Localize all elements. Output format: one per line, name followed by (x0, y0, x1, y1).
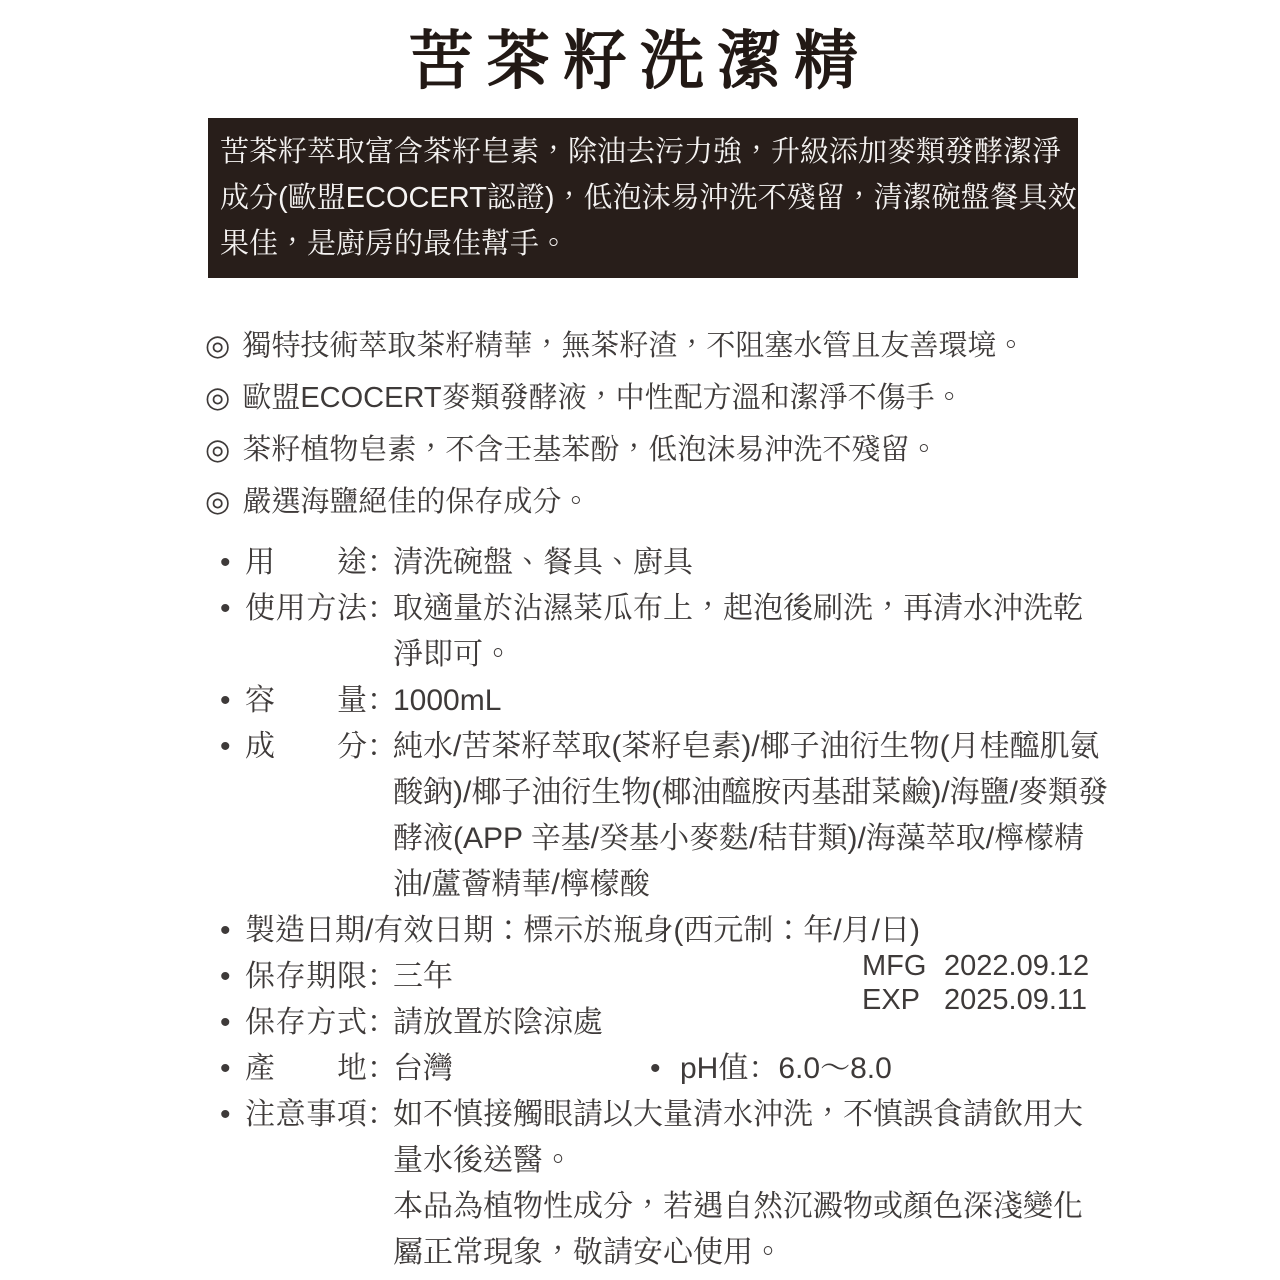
ph-label: pH值 (680, 1046, 748, 1092)
mfg-value: 2022.09.12 (944, 950, 1089, 982)
mfg-date: MFG2022.09.12 (862, 949, 1089, 983)
spec-colon: ： (367, 1000, 393, 1046)
feature-item: ◎歐盟ECOCERT麥類發酵液，中性配方溫和潔淨不傷手。 (205, 372, 1085, 424)
spec-colon: ： (367, 586, 393, 632)
bullet-icon: • (220, 954, 245, 1000)
spec-label: 成分 (245, 724, 367, 770)
spec-row-origin: • 產地 ： 台灣 • pH值 ： 6.0～8.0 (220, 1046, 1088, 1092)
spec-value: 清洗碗盤、餐具、廚具 (393, 540, 1088, 586)
bullet-icon: • (220, 724, 245, 770)
spec-label: 產地 (245, 1046, 367, 1092)
bullet-icon: • (220, 1092, 245, 1138)
spec-colon: ： (367, 724, 393, 770)
spec-colon: ： (367, 1092, 393, 1138)
spec-value: 取適量於沾濕菜瓜布上，起泡後刷洗，再清水沖洗乾 淨即可。 (393, 586, 1088, 678)
bullet-icon: • (220, 908, 245, 954)
spec-colon: ： (748, 1046, 778, 1092)
spec-row-usage: • 用途 ： 清洗碗盤、餐具、廚具 (220, 540, 1088, 586)
spec-label: 容量 (245, 678, 367, 724)
spec-colon: ： (367, 540, 393, 586)
spec-label: 注意事項 (245, 1092, 367, 1138)
spec-row-volume: • 容量 ： 1000mL (220, 678, 1088, 724)
spec-row-cautions: • 注意事項 ： 如不慎接觸眼請以大量清水沖洗，不慎誤食請飲用大 量水後送醫。 (220, 1092, 1088, 1184)
feature-text: 獨特技術萃取茶籽精華，無茶籽渣，不阻塞水管且友善環境。 (242, 330, 1025, 362)
spec-colon: ： (367, 954, 393, 1000)
date-stamp: MFG2022.09.12 EXP2025.09.11 (862, 949, 1089, 1017)
spec-colon: ： (367, 678, 393, 724)
ph-value-item: • pH值 ： 6.0～8.0 (650, 1046, 892, 1092)
spec-value: 製造日期/有效日期：標示於瓶身(西元制：年/月/日) (245, 908, 1088, 954)
exp-date: EXP2025.09.11 (862, 983, 1089, 1017)
spec-label: 保存方式 (245, 1000, 367, 1046)
feature-text: 茶籽植物皂素，不含壬基苯酚，低泡沫易沖洗不殘留。 (242, 434, 938, 466)
bullet-icon: • (650, 1046, 680, 1092)
feature-text: 嚴選海鹽絕佳的保存成分。 (242, 486, 590, 518)
spec-value: 如不慎接觸眼請以大量清水沖洗，不慎誤食請飲用大 量水後送醫。 (393, 1092, 1088, 1184)
note-paragraph: 本品為植物性成分，若遇自然沉澱物或顏色深淺變化 屬正常現象，敬請安心使用。 (393, 1184, 1088, 1276)
double-circle-bullet-icon: ◎ (205, 486, 230, 518)
double-circle-bullet-icon: ◎ (205, 382, 230, 414)
bullet-icon: • (220, 1046, 245, 1092)
spec-list: • 用途 ： 清洗碗盤、餐具、廚具 • 使用方法 ： 取適量於沾濕菜瓜布上，起泡… (220, 540, 1088, 1276)
bullet-icon: • (220, 586, 245, 632)
bullet-icon: • (220, 540, 245, 586)
feature-item: ◎獨特技術萃取茶籽精華，無茶籽渣，不阻塞水管且友善環境。 (205, 320, 1085, 372)
spec-label: 用途 (245, 540, 367, 586)
intro-line: 成分(歐盟ECOCERT認證)，低泡沫易沖洗不殘留，清潔碗盤餐具效 (220, 175, 1064, 221)
page-title: 苦茶籽洗潔精 (0, 10, 1280, 102)
exp-value: 2025.09.11 (944, 984, 1087, 1016)
spec-row-directions: • 使用方法 ： 取適量於沾濕菜瓜布上，起泡後刷洗，再清水沖洗乾 淨即可。 (220, 586, 1088, 678)
note-line: 本品為植物性成分，若遇自然沉澱物或顏色深淺變化 (393, 1184, 1088, 1230)
feature-text: 歐盟ECOCERT麥類發酵液，中性配方溫和潔淨不傷手。 (242, 382, 963, 414)
spec-value: 1000mL (393, 678, 1088, 724)
feature-list: ◎獨特技術萃取茶籽精華，無茶籽渣，不阻塞水管且友善環境。 ◎歐盟ECOCERT麥… (205, 320, 1085, 528)
spec-value: 純水/苦茶籽萃取(茶籽皂素)/椰子油衍生物(月桂醯肌氨 酸鈉)/椰子油衍生物(椰… (393, 724, 1108, 908)
intro-line: 果佳，是廚房的最佳幫手。 (220, 221, 1064, 267)
feature-item: ◎茶籽植物皂素，不含壬基苯酚，低泡沫易沖洗不殘留。 (205, 424, 1085, 476)
bullet-icon: • (220, 1000, 245, 1046)
spec-row-ingredients: • 成分 ： 純水/苦茶籽萃取(茶籽皂素)/椰子油衍生物(月桂醯肌氨 酸鈉)/椰… (220, 724, 1088, 908)
spec-colon: ： (367, 1046, 393, 1092)
bullet-icon: • (220, 678, 245, 724)
product-label: 苦茶籽洗潔精 苦茶籽萃取富含茶籽皂素，除油去污力強，升級添加麥類發酵潔淨 成分(… (0, 0, 1280, 1280)
mfg-label: MFG (862, 949, 944, 983)
exp-label: EXP (862, 983, 944, 1017)
spec-label: 保存期限 (245, 954, 367, 1000)
feature-item: ◎嚴選海鹽絕佳的保存成分。 (205, 476, 1085, 528)
spec-row-mfg-exp-info: • 製造日期/有效日期：標示於瓶身(西元制：年/月/日) (220, 908, 1088, 954)
spec-label: 使用方法 (245, 586, 367, 632)
intro-line: 苦茶籽萃取富含茶籽皂素，除油去污力強，升級添加麥類發酵潔淨 (220, 129, 1064, 175)
note-line: 屬正常現象，敬請安心使用。 (393, 1230, 1088, 1276)
double-circle-bullet-icon: ◎ (205, 330, 230, 362)
intro-highlight-box: 苦茶籽萃取富含茶籽皂素，除油去污力強，升級添加麥類發酵潔淨 成分(歐盟ECOCE… (208, 118, 1078, 278)
ph-value: 6.0～8.0 (778, 1046, 891, 1092)
double-circle-bullet-icon: ◎ (205, 434, 230, 466)
